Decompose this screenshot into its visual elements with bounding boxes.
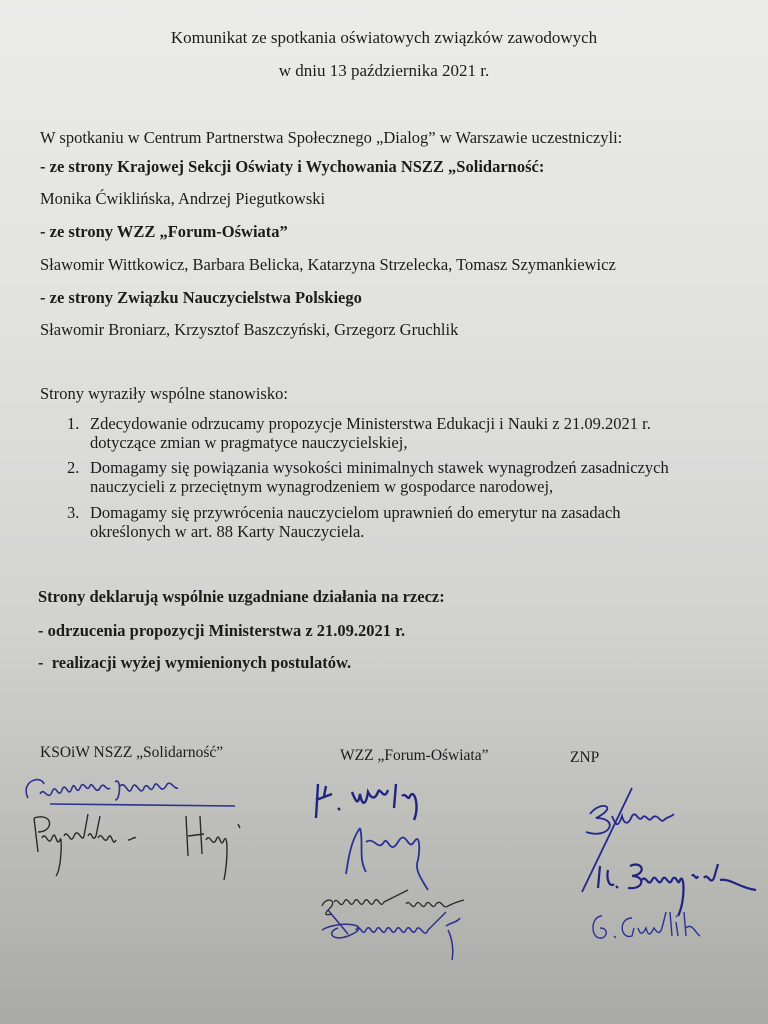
- list-item-text: Zdecydowanie odrzucamy propozycje Minist…: [90, 414, 690, 452]
- signature-piegutkowski: [28, 810, 268, 880]
- signature-caption-forum: WZZ „Forum-Oświata”: [340, 747, 489, 765]
- participant-names-forum: Sławomir Wittkowicz, Barbara Belicka, Ka…: [40, 255, 616, 275]
- signature-gruchlik: [586, 908, 736, 948]
- signature-strzelecka: [318, 906, 478, 966]
- declaration-item: - odrzucenia propozycji Ministerstwa z 2…: [38, 621, 405, 641]
- declaration-heading: Strony deklarują wspólnie uzgadniane dzi…: [38, 587, 445, 607]
- participant-side-solidarnosc: - ze strony Krajowej Sekcji Oświaty i Wy…: [40, 157, 544, 177]
- signature-baszczynski: [596, 858, 766, 908]
- list-item-number: 3.: [67, 503, 79, 523]
- signature-belicka: [340, 822, 450, 882]
- list-item-number: 1.: [67, 414, 79, 434]
- participant-side-forum: - ze strony WZZ „Forum-Oświata”: [40, 222, 288, 242]
- list-item-number: 2.: [67, 458, 79, 478]
- signature-caption-znp: ZNP: [570, 749, 599, 767]
- signature-wittkowicz: [312, 778, 462, 828]
- list-item-text: Domagamy się przywrócenia nauczycielom u…: [90, 503, 660, 541]
- participant-side-znp: - ze strony Związku Nauczycielstwa Polsk…: [40, 288, 362, 308]
- document-title-line1: Komunikat ze spotkania oświatowych związ…: [0, 28, 768, 48]
- signature-caption-solidarnosc: KSOiW NSZZ „Solidarność”: [40, 744, 223, 762]
- participant-names-znp: Sławomir Broniarz, Krzysztof Baszczyński…: [40, 320, 458, 340]
- declaration-item: - realizacji wyżej wymienionych postulat…: [38, 653, 351, 673]
- intro-text: W spotkaniu w Centrum Partnerstwa Społec…: [40, 128, 622, 148]
- participant-names-solidarnosc: Monika Ćwiklińska, Andrzej Piegutkowski: [40, 189, 325, 209]
- list-item-text: Domagamy się powiązania wysokości minima…: [90, 458, 670, 496]
- document-title-line2: w dniu 13 października 2021 r.: [0, 61, 768, 81]
- position-heading: Strony wyraziły wspólne stanowisko:: [40, 384, 288, 404]
